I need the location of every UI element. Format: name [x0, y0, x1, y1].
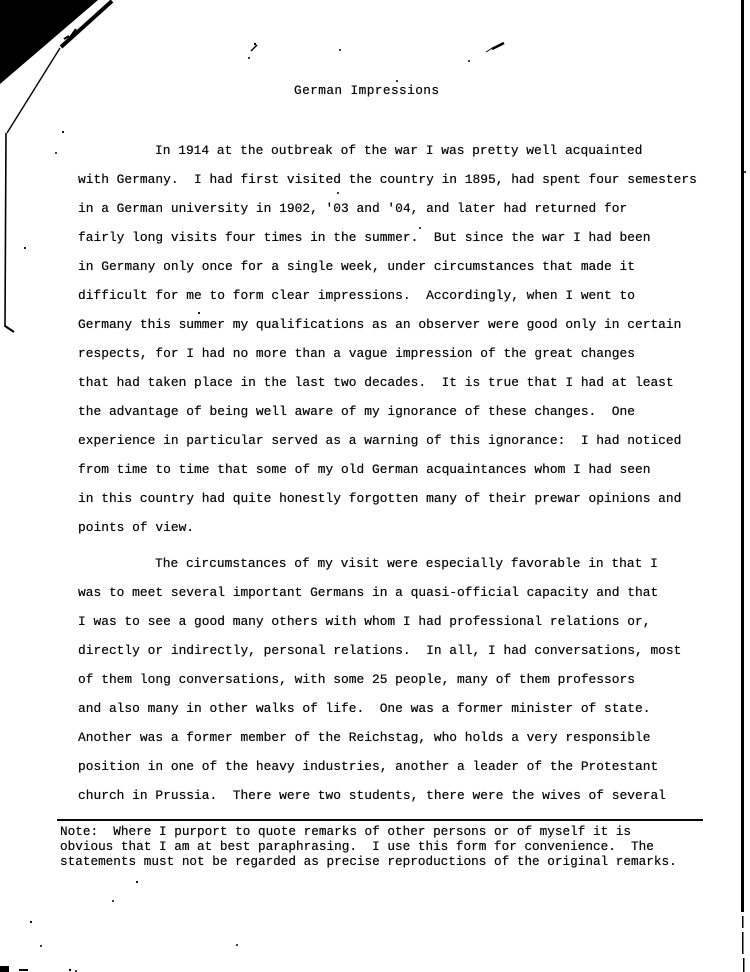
footnote-line: statements must not be regarded as preci…	[60, 854, 677, 869]
text-line: of them long conversations, with some 25…	[78, 665, 681, 694]
text-line: and also many in other walks of life. On…	[78, 694, 681, 723]
text-line: fairly long visits four times in the sum…	[78, 223, 697, 252]
text-line: in a German university in 1902, '03 and …	[78, 194, 697, 223]
text-line: the advantage of being well aware of my …	[78, 397, 697, 426]
footnote-divider-rule	[57, 819, 703, 821]
scanned-document-page: German Impressions In 1914 at the outbre…	[0, 0, 750, 972]
pen-mark-artifacts	[248, 43, 504, 82]
text-line: was to meet several important Germans in…	[78, 578, 681, 607]
document-title: German Impressions	[294, 83, 439, 98]
text-line: points of view.	[78, 513, 697, 542]
text-line: in this country had quite honestly forgo…	[78, 484, 697, 513]
text-line: church in Prussia. There were two studen…	[78, 781, 681, 810]
paragraph-1: In 1914 at the outbreak of the war I was…	[78, 136, 697, 542]
text-line: Another was a former member of the Reich…	[78, 723, 681, 752]
text-line: position in one of the heavy industries,…	[78, 752, 681, 781]
text-line: In 1914 at the outbreak of the war I was…	[78, 136, 697, 165]
text-line: respects, for I had no more than a vague…	[78, 339, 697, 368]
text-line: from time to time that some of my old Ge…	[78, 455, 697, 484]
text-line: with Germany. I had first visited the co…	[78, 165, 697, 194]
text-line: directly or indirectly, personal relatio…	[78, 636, 681, 665]
paragraph-2: The circumstances of my visit were espec…	[78, 549, 681, 810]
footnote-line: obvious that I am at best paraphrasing. …	[60, 839, 677, 854]
text-line: experience in particular served as a war…	[78, 426, 697, 455]
page-edge-line	[741, 0, 745, 972]
text-line: in Germany only once for a single week, …	[78, 252, 697, 281]
text-line: difficult for me to form clear impressio…	[78, 281, 697, 310]
text-line: The circumstances of my visit were espec…	[78, 549, 681, 578]
bottom-edge-marks	[0, 966, 77, 972]
text-line: I was to see a good many others with who…	[78, 607, 681, 636]
text-line: Germany this summer my qualifications as…	[78, 310, 697, 339]
text-line: that had taken place in the last two dec…	[78, 368, 697, 397]
footnote-line: Note: Where I purport to quote remarks o…	[60, 824, 677, 839]
footnote: Note: Where I purport to quote remarks o…	[60, 824, 677, 869]
